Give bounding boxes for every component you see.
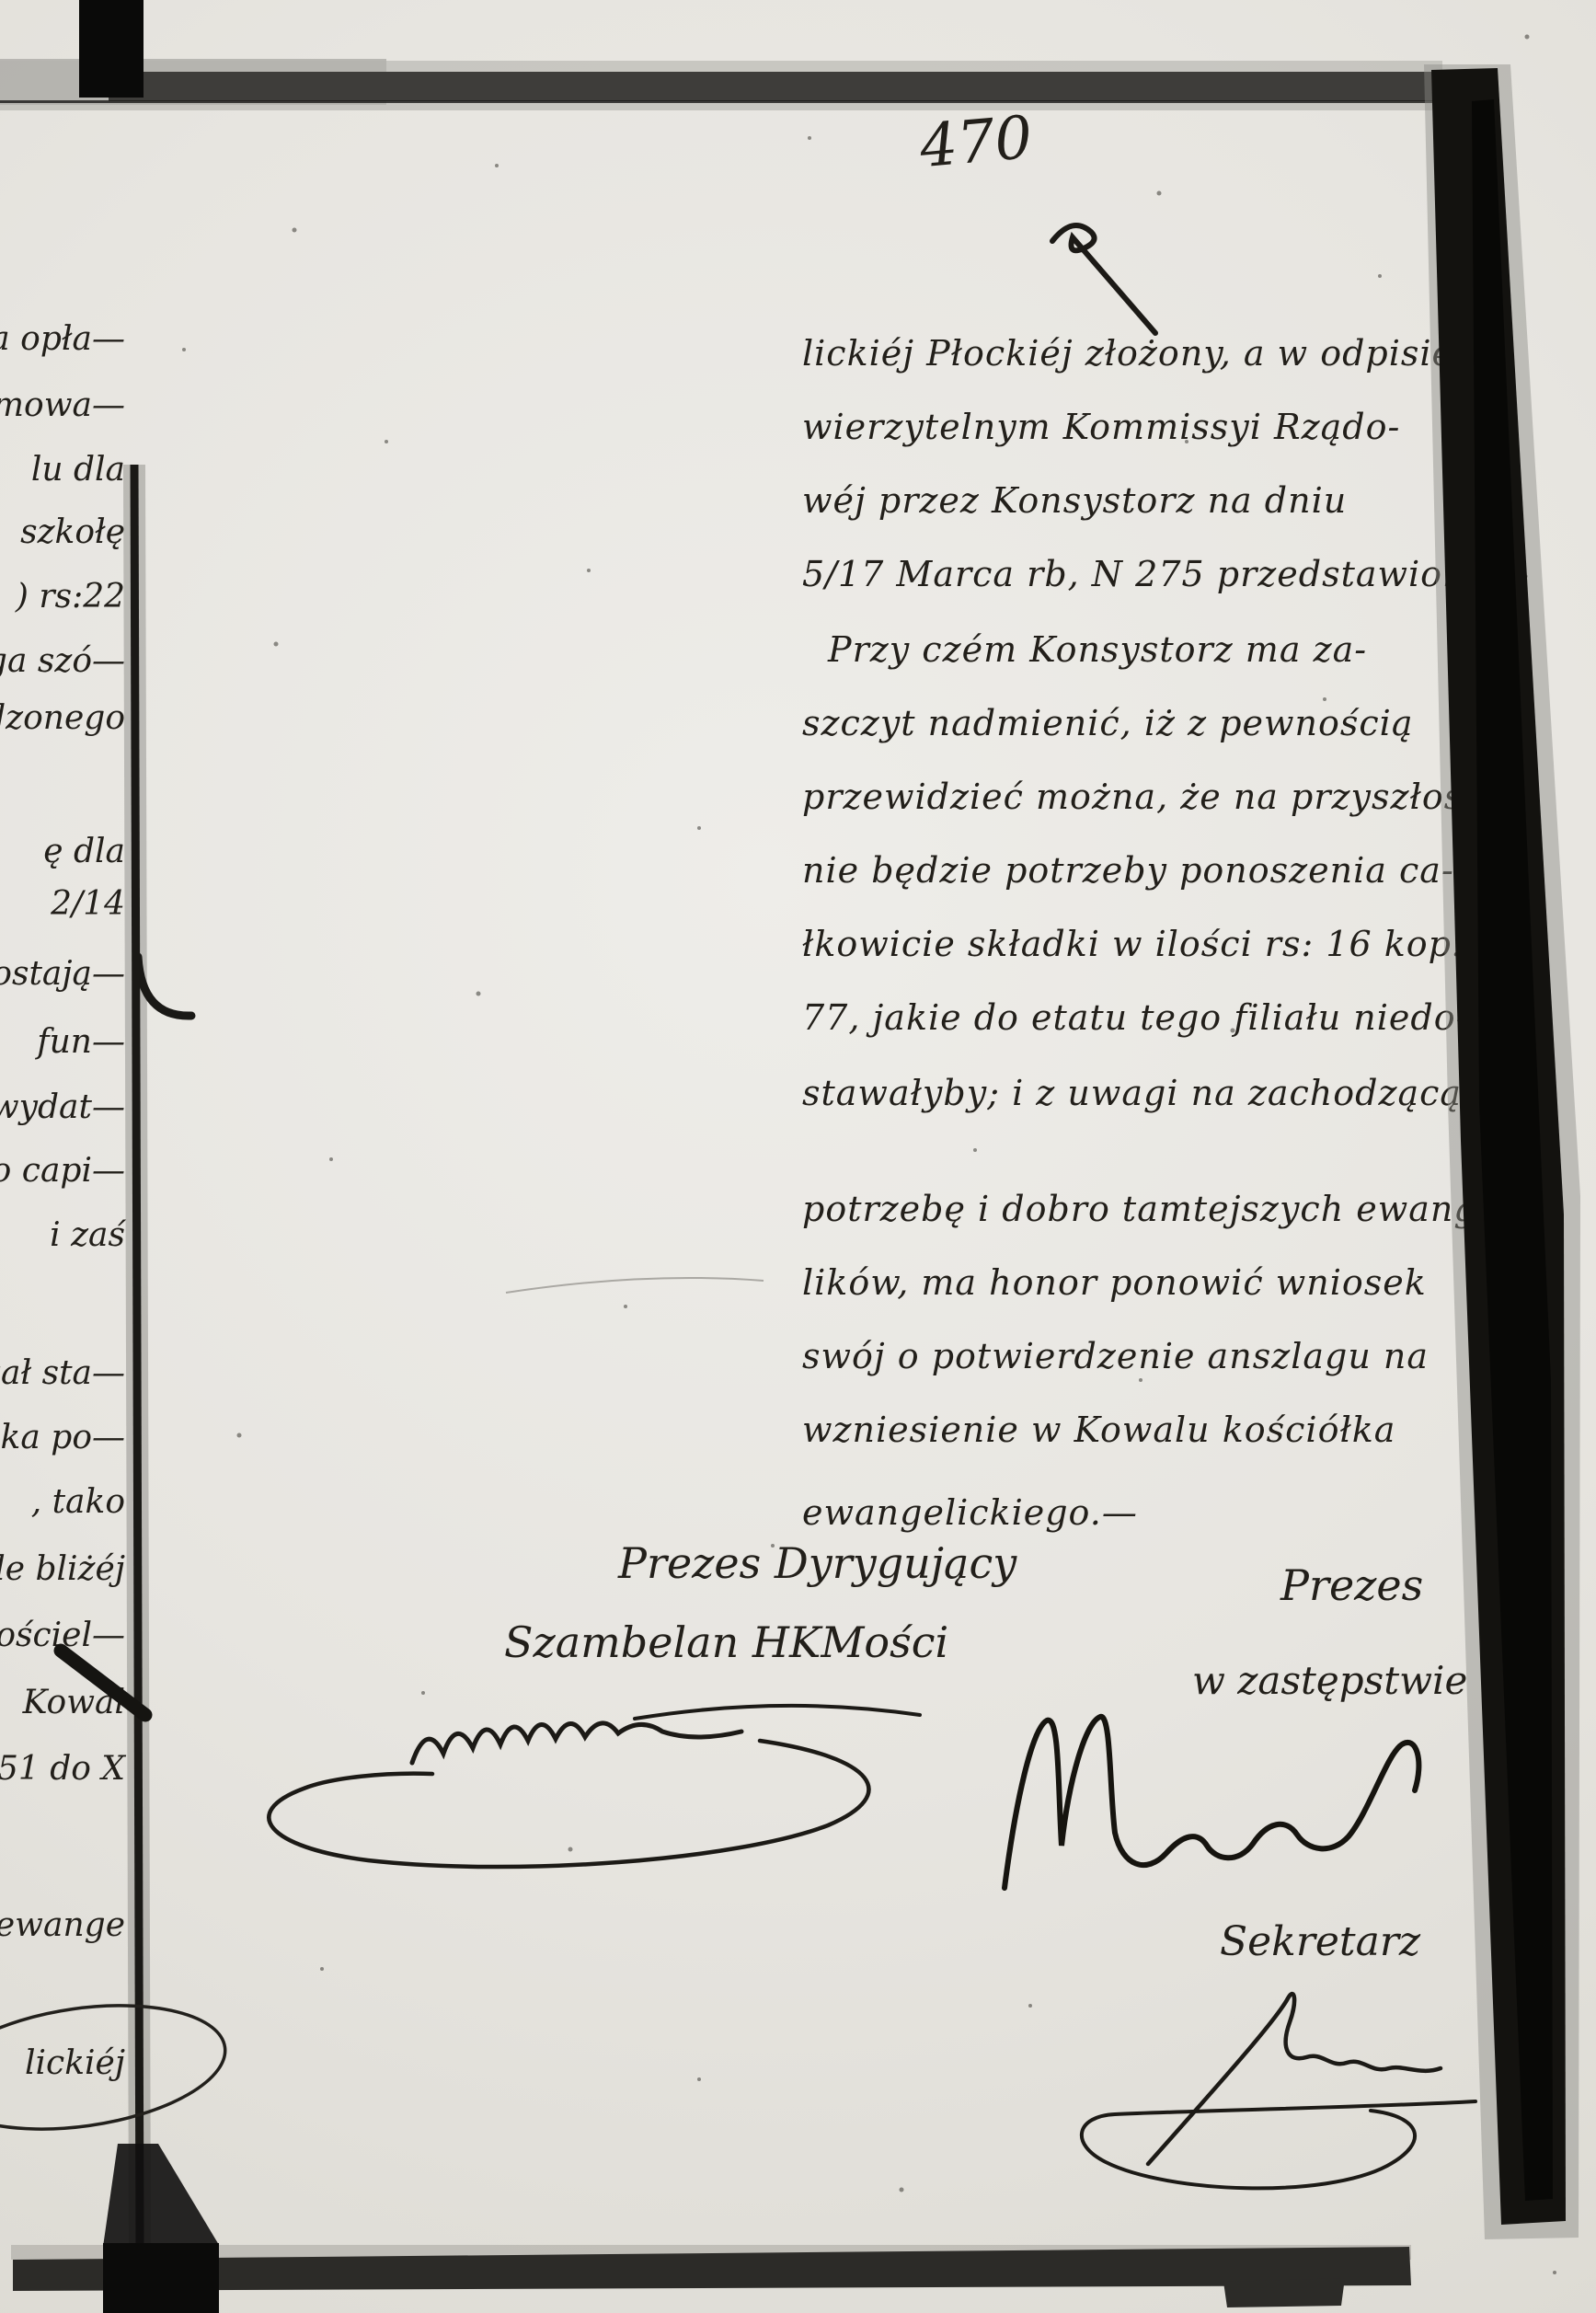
fold-line: [134, 465, 140, 2247]
fold-shadow: [134, 465, 140, 2247]
page-number: 470: [917, 104, 1035, 181]
margin-fragment: ewange: [0, 1906, 125, 1944]
top-edge-band: [109, 72, 1442, 101]
margin-fragment: lickiéj: [25, 2044, 125, 2082]
top-left-black-tab: [79, 0, 144, 98]
bottom-edge-halo: [11, 2245, 1411, 2260]
letter-line: wéj przez Konsystorz na dniu: [802, 480, 1347, 521]
secretary-title: Sekretarz: [1220, 1918, 1420, 1965]
letter-line: lików, ma honor ponowić wniosek: [802, 1262, 1427, 1303]
margin-fragment: wał sta—: [0, 1354, 125, 1392]
letter-line: łkowicie składki w ilości rs: 16 kop:: [802, 924, 1464, 964]
fold-bottom-blob: [103, 2243, 219, 2313]
chamberlain-signature-flourish: [269, 1706, 920, 1867]
right-binding-edge: [1431, 68, 1566, 2225]
letter-line: stawałyby; i z uwagi na zachodzącą: [802, 1073, 1462, 1113]
fold-bottom-taper: [103, 2144, 219, 2247]
bottom-edge-step: [1223, 2278, 1345, 2307]
deputy-president-title: Prezes: [1280, 1560, 1423, 1610]
margin-fragment: Kowal: [23, 1684, 125, 1721]
margin-fragment: a opła—: [0, 320, 125, 358]
letter-line: wierzytelnym Kommissyi Rządo-: [802, 407, 1400, 447]
margin-fragment: imowa—: [0, 386, 125, 424]
paper-scratch: [506, 1278, 764, 1293]
top-edge-line: [0, 100, 1441, 103]
letter-line: 77, jakie do etatu tego filiału niedo-: [802, 997, 1468, 1038]
margin-fragment: i zaś: [50, 1216, 125, 1254]
deputy-capacity-note: w zastępstwie: [1192, 1658, 1467, 1703]
president-title: Prezes Dyrygujący: [618, 1538, 1016, 1588]
letter-line: szczyt nadmienić, iż z pewnością: [802, 703, 1413, 743]
margin-fragment: fun—: [37, 1023, 125, 1061]
margin-fragment: ) rs:22: [16, 578, 125, 616]
letter-line: potrzebę i dobro tamtejszych ewange-: [802, 1189, 1511, 1229]
right-binding-core: [1472, 99, 1553, 2201]
right-binding-halo: [1424, 64, 1580, 2239]
top-edge-halo: [0, 61, 1442, 110]
margin-fragment: ka po—: [1, 1419, 125, 1456]
top-left-light-band: [0, 59, 386, 105]
margin-fragment: ę dla: [43, 833, 125, 870]
letter-line: ewangelickiego.—: [802, 1492, 1138, 1533]
margin-fragment: 51 do X: [0, 1750, 125, 1788]
letter-line: przewidzieć można, że na przyszłość: [802, 777, 1484, 817]
margin-fragment: 2/14: [51, 885, 125, 923]
margin-fragment: , tako: [31, 1483, 125, 1521]
letter-line: nie będzie potrzeby ponoszenia ca-: [802, 850, 1454, 891]
margin-fragment: szkołę: [20, 513, 125, 551]
fold-hook-mark: [138, 957, 191, 1016]
margin-fragment: le bliżéj: [0, 1550, 125, 1588]
letter-line: lickiéj Płockiéj złożony, a w odpisie: [802, 333, 1453, 374]
letter-line: swój o potwierdzenie anszlagu na: [802, 1336, 1429, 1376]
scanned-document-page: 470 a opła— imowa— lu dla szkołę ) rs:22…: [0, 0, 1596, 2313]
margin-fragment: kościel—: [0, 1617, 125, 1654]
secretary-signature-flourish: [1082, 1994, 1475, 2188]
letter-line: wzniesienie w Kowalu kościółka: [802, 1410, 1395, 1450]
deputy-president-signature-flourish: [1005, 1717, 1418, 1888]
margin-fragment: do capi—: [0, 1152, 125, 1190]
bottom-edge-band: [13, 2247, 1411, 2291]
margin-fragment: dostają—: [0, 955, 125, 993]
chamberlain-title: Szambelan HKMości: [504, 1617, 948, 1667]
margin-fragment: wydat—: [0, 1088, 125, 1126]
margin-fragment: dzonego: [0, 699, 125, 737]
margin-fragment: oga szó—: [0, 642, 125, 680]
letter-line: Przy czém Konsystorz ma za-: [828, 629, 1367, 670]
margin-fragment: lu dla: [31, 451, 125, 489]
page-number-flourish: [1052, 225, 1155, 333]
letter-line: 5/17 Marca rb, N 275 przedstawiony.—: [802, 554, 1530, 594]
